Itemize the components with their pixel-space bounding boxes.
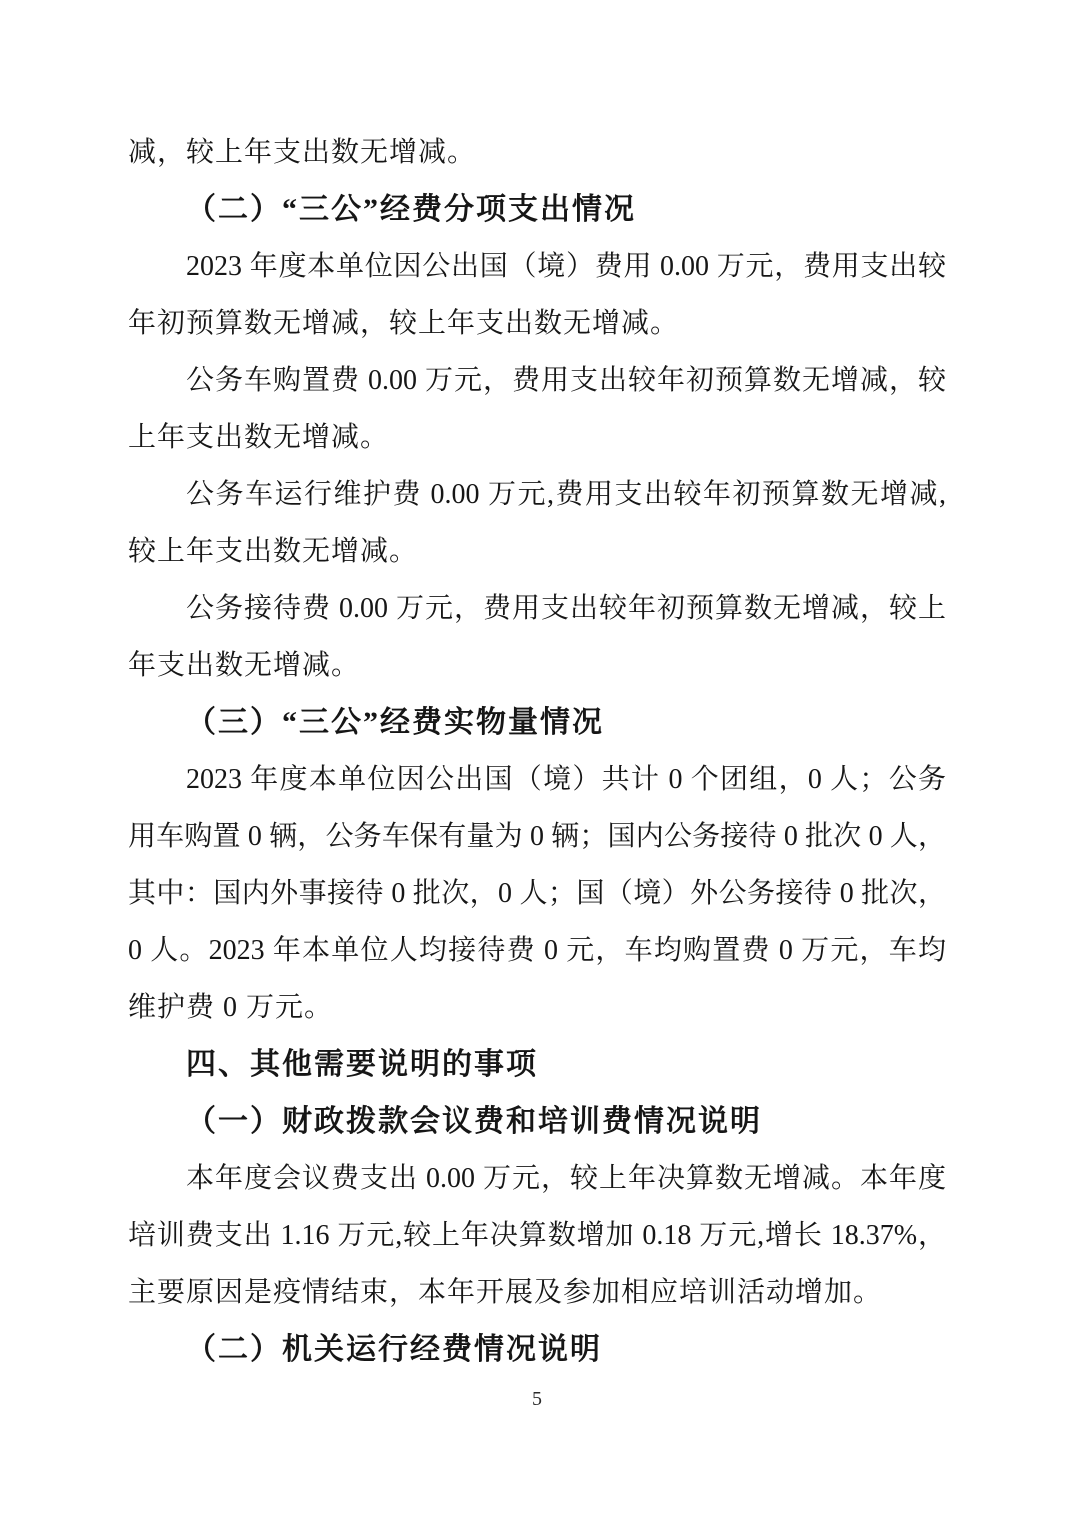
paragraph: 2023 年度本单位因公出国（境）共计 0 个团组，0 人；公务 用车购置 0 … (128, 751, 946, 1036)
paragraph: 减，较上年支出数无增减。 (128, 124, 946, 181)
document-page: 减，较上年支出数无增减。 （二）“三公”经费分项支出情况 2023 年度本单位因… (0, 0, 1074, 1520)
text-line: 年支出数无增减。 (128, 637, 946, 694)
subsection-heading: （二）“三公”经费分项支出情况 (128, 181, 946, 238)
text-line: 其中：国内外事接待 0 批次，0 人；国（境）外公务接待 0 批次， (128, 865, 946, 922)
text-line: 公务车运行维护费 0.00 万元,费用支出较年初预算数无增减, (128, 466, 946, 523)
text-line: 2023 年度本单位因公出国（境）共计 0 个团组，0 人；公务 (128, 751, 946, 808)
heading-line: （二）“三公”经费分项支出情况 (128, 181, 946, 238)
paragraph: 2023 年度本单位因公出国（境）费用 0.00 万元，费用支出较 年初预算数无… (128, 238, 946, 352)
paragraph: 公务车运行维护费 0.00 万元,费用支出较年初预算数无增减, 较上年支出数无增… (128, 466, 946, 580)
heading-line: （一）财政拨款会议费和培训费情况说明 (128, 1093, 946, 1150)
paragraph: 本年度会议费支出 0.00 万元，较上年决算数无增减。本年度 培训费支出 1.1… (128, 1150, 946, 1321)
text-line: 较上年支出数无增减。 (128, 523, 946, 580)
text-line: 0 人。2023 年本单位人均接待费 0 元，车均购置费 0 万元，车均 (128, 922, 946, 979)
text-line: 公务车购置费 0.00 万元，费用支出较年初预算数无增减，较 (128, 352, 946, 409)
text-line: 培训费支出 1.16 万元,较上年决算数增加 0.18 万元,增长 18.37%… (128, 1207, 946, 1264)
text-line: 上年支出数无增减。 (128, 409, 946, 466)
paragraph: 公务车购置费 0.00 万元，费用支出较年初预算数无增减，较 上年支出数无增减。 (128, 352, 946, 466)
text-line: 用车购置 0 辆，公务车保有量为 0 辆；国内公务接待 0 批次 0 人， (128, 808, 946, 865)
subsection-heading: （三）“三公”经费实物量情况 (128, 694, 946, 751)
text-line: 减，较上年支出数无增减。 (128, 124, 946, 181)
subsection-heading: （一）财政拨款会议费和培训费情况说明 (128, 1093, 946, 1150)
text-line: 主要原因是疫情结束，本年开展及参加相应培训活动增加。 (128, 1264, 946, 1321)
text-line: 公务接待费 0.00 万元，费用支出较年初预算数无增减，较上 (128, 580, 946, 637)
page-number: 5 (128, 1386, 946, 1412)
subsection-heading: （二）机关运行经费情况说明 (128, 1321, 946, 1378)
heading-line: （二）机关运行经费情况说明 (128, 1321, 946, 1378)
text-line: 维护费 0 万元。 (128, 979, 946, 1036)
paragraph: 公务接待费 0.00 万元，费用支出较年初预算数无增减，较上 年支出数无增减。 (128, 580, 946, 694)
text-line: 2023 年度本单位因公出国（境）费用 0.00 万元，费用支出较 (128, 238, 946, 295)
heading-line: （三）“三公”经费实物量情况 (128, 694, 946, 751)
text-line: 本年度会议费支出 0.00 万元，较上年决算数无增减。本年度 (128, 1150, 946, 1207)
section-heading: 四、其他需要说明的事项 (128, 1036, 946, 1093)
heading-line: 四、其他需要说明的事项 (128, 1036, 946, 1093)
text-line: 年初预算数无增减，较上年支出数无增减。 (128, 295, 946, 352)
